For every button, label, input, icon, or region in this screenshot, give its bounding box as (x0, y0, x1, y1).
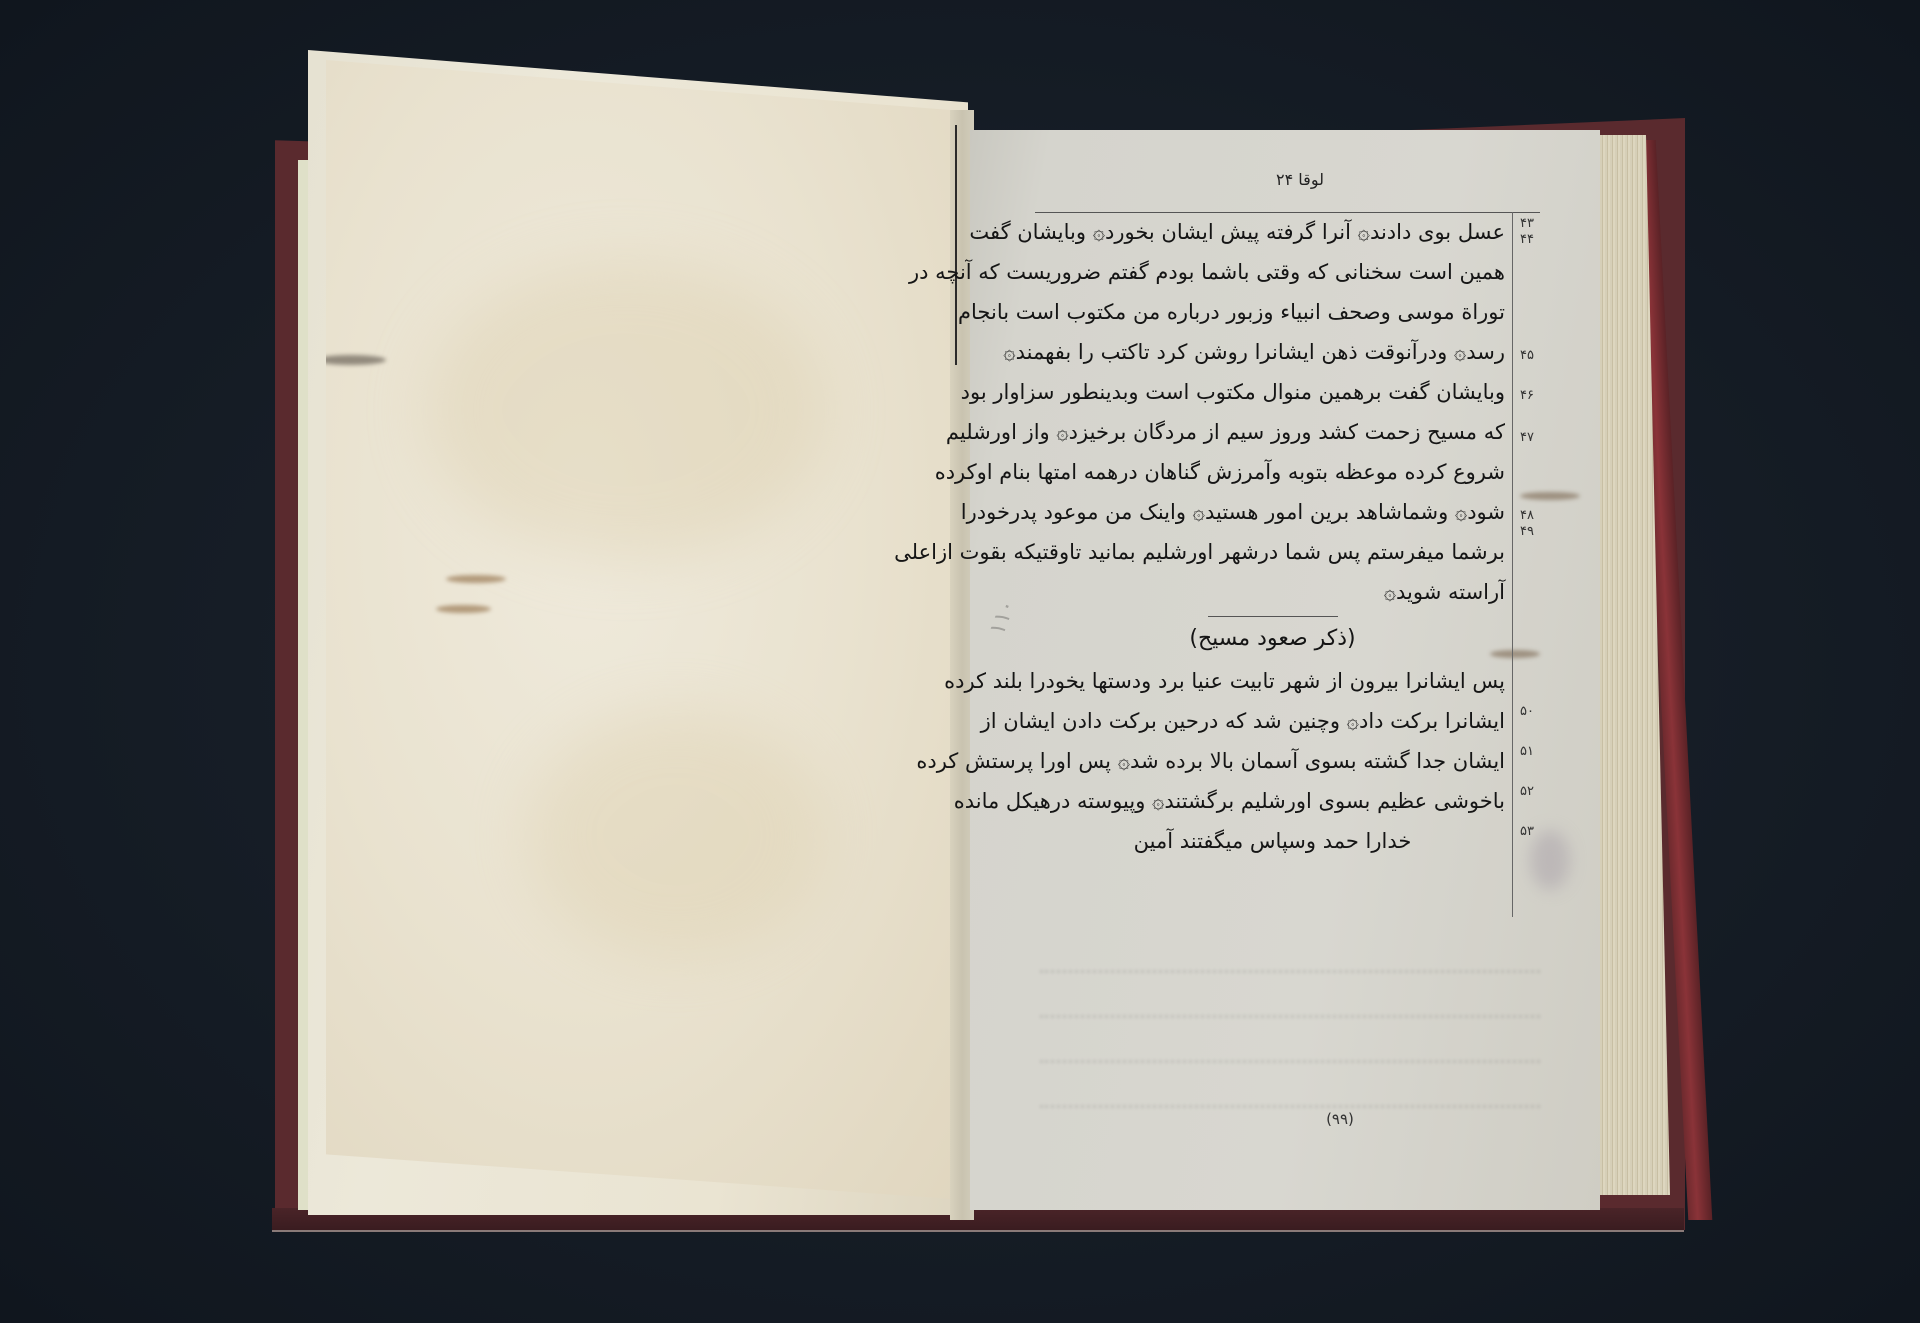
verse-number: ۴۶ (1520, 388, 1560, 403)
verse-number: ۵۰ (1520, 704, 1560, 719)
text-line: خدارا حمد وسپاس میگفتند آمین (1040, 821, 1505, 861)
text-line: باخوشی عظیم بسوی اورشلیم برگشتند۞ وپیوست… (1040, 781, 1505, 821)
stain (436, 605, 491, 613)
stain (316, 355, 386, 365)
foxing (526, 710, 826, 960)
verse-number: ۴۷ (1520, 430, 1560, 445)
page-number: (۹۹) (1300, 1110, 1380, 1128)
text-line: عسل بوی دادند۞ آنرا گرفته پیش ایشان بخور… (1040, 212, 1505, 252)
verse-number: ۴۹ (1520, 524, 1560, 539)
stain (446, 575, 506, 583)
margin-rule (1512, 212, 1513, 917)
text-line: همین است سخنانی که وقتی باشما بودم گفتم … (1040, 252, 1505, 292)
text-line: توراة موسی وصحف انبیاء وزبور درباره من م… (1040, 292, 1505, 332)
running-head: لوقا ۲۴ (1230, 170, 1370, 189)
text-line: شروع کرده موعظه بتوبه وآمرزش گناهان درهم… (1040, 452, 1505, 492)
text-line: برشما میفرستم پس شما درشهر اورشلیم بمانی… (1040, 532, 1505, 572)
verse-number: ۴۴ (1520, 232, 1560, 247)
text-line: رسد۞ ودرآنوقت ذهن ایشانرا روشن کرد تاکتب… (1040, 332, 1505, 372)
text-line: ایشانرا برکت داد۞ وچنین شد که درحین برکت… (1040, 701, 1505, 741)
text-line: آراسته شوید۞ (1040, 572, 1505, 612)
stain (1530, 830, 1570, 890)
foxing (426, 260, 826, 560)
text-line: که مسیح زحمت کشد وروز سیم از مردگان برخی… (1040, 412, 1505, 452)
section-heading: (ذکر صعود مسیح) (1040, 617, 1505, 661)
stain (1520, 492, 1580, 500)
text-line: شود۞ وشماشاهد برین امور هستید۞ واینک من … (1040, 492, 1505, 532)
verse-number: ۵۳ (1520, 824, 1560, 839)
text-line: وبایشان گفت برهمین منوال مکتوب است وبدین… (1040, 372, 1505, 412)
show-through-text (1040, 930, 1540, 1100)
text-line: ایشان جدا گشته بسوی آسمان بالا برده شد۞ … (1040, 741, 1505, 781)
left-page-blank (326, 60, 966, 1200)
verse-number: ۵۱ (1520, 744, 1560, 759)
gutter-crack (955, 125, 957, 365)
verse-number: ۴۸ (1520, 508, 1560, 523)
verse-number: ۴۳ (1520, 216, 1560, 231)
verse-number: ۴۵ (1520, 348, 1560, 363)
page-text: عسل بوی دادند۞ آنرا گرفته پیش ایشان بخور… (1040, 212, 1505, 861)
text-line: پس ایشانرا بیرون از شهر تابیت عنیا برد و… (1040, 661, 1505, 701)
verse-number: ۵۲ (1520, 784, 1560, 799)
